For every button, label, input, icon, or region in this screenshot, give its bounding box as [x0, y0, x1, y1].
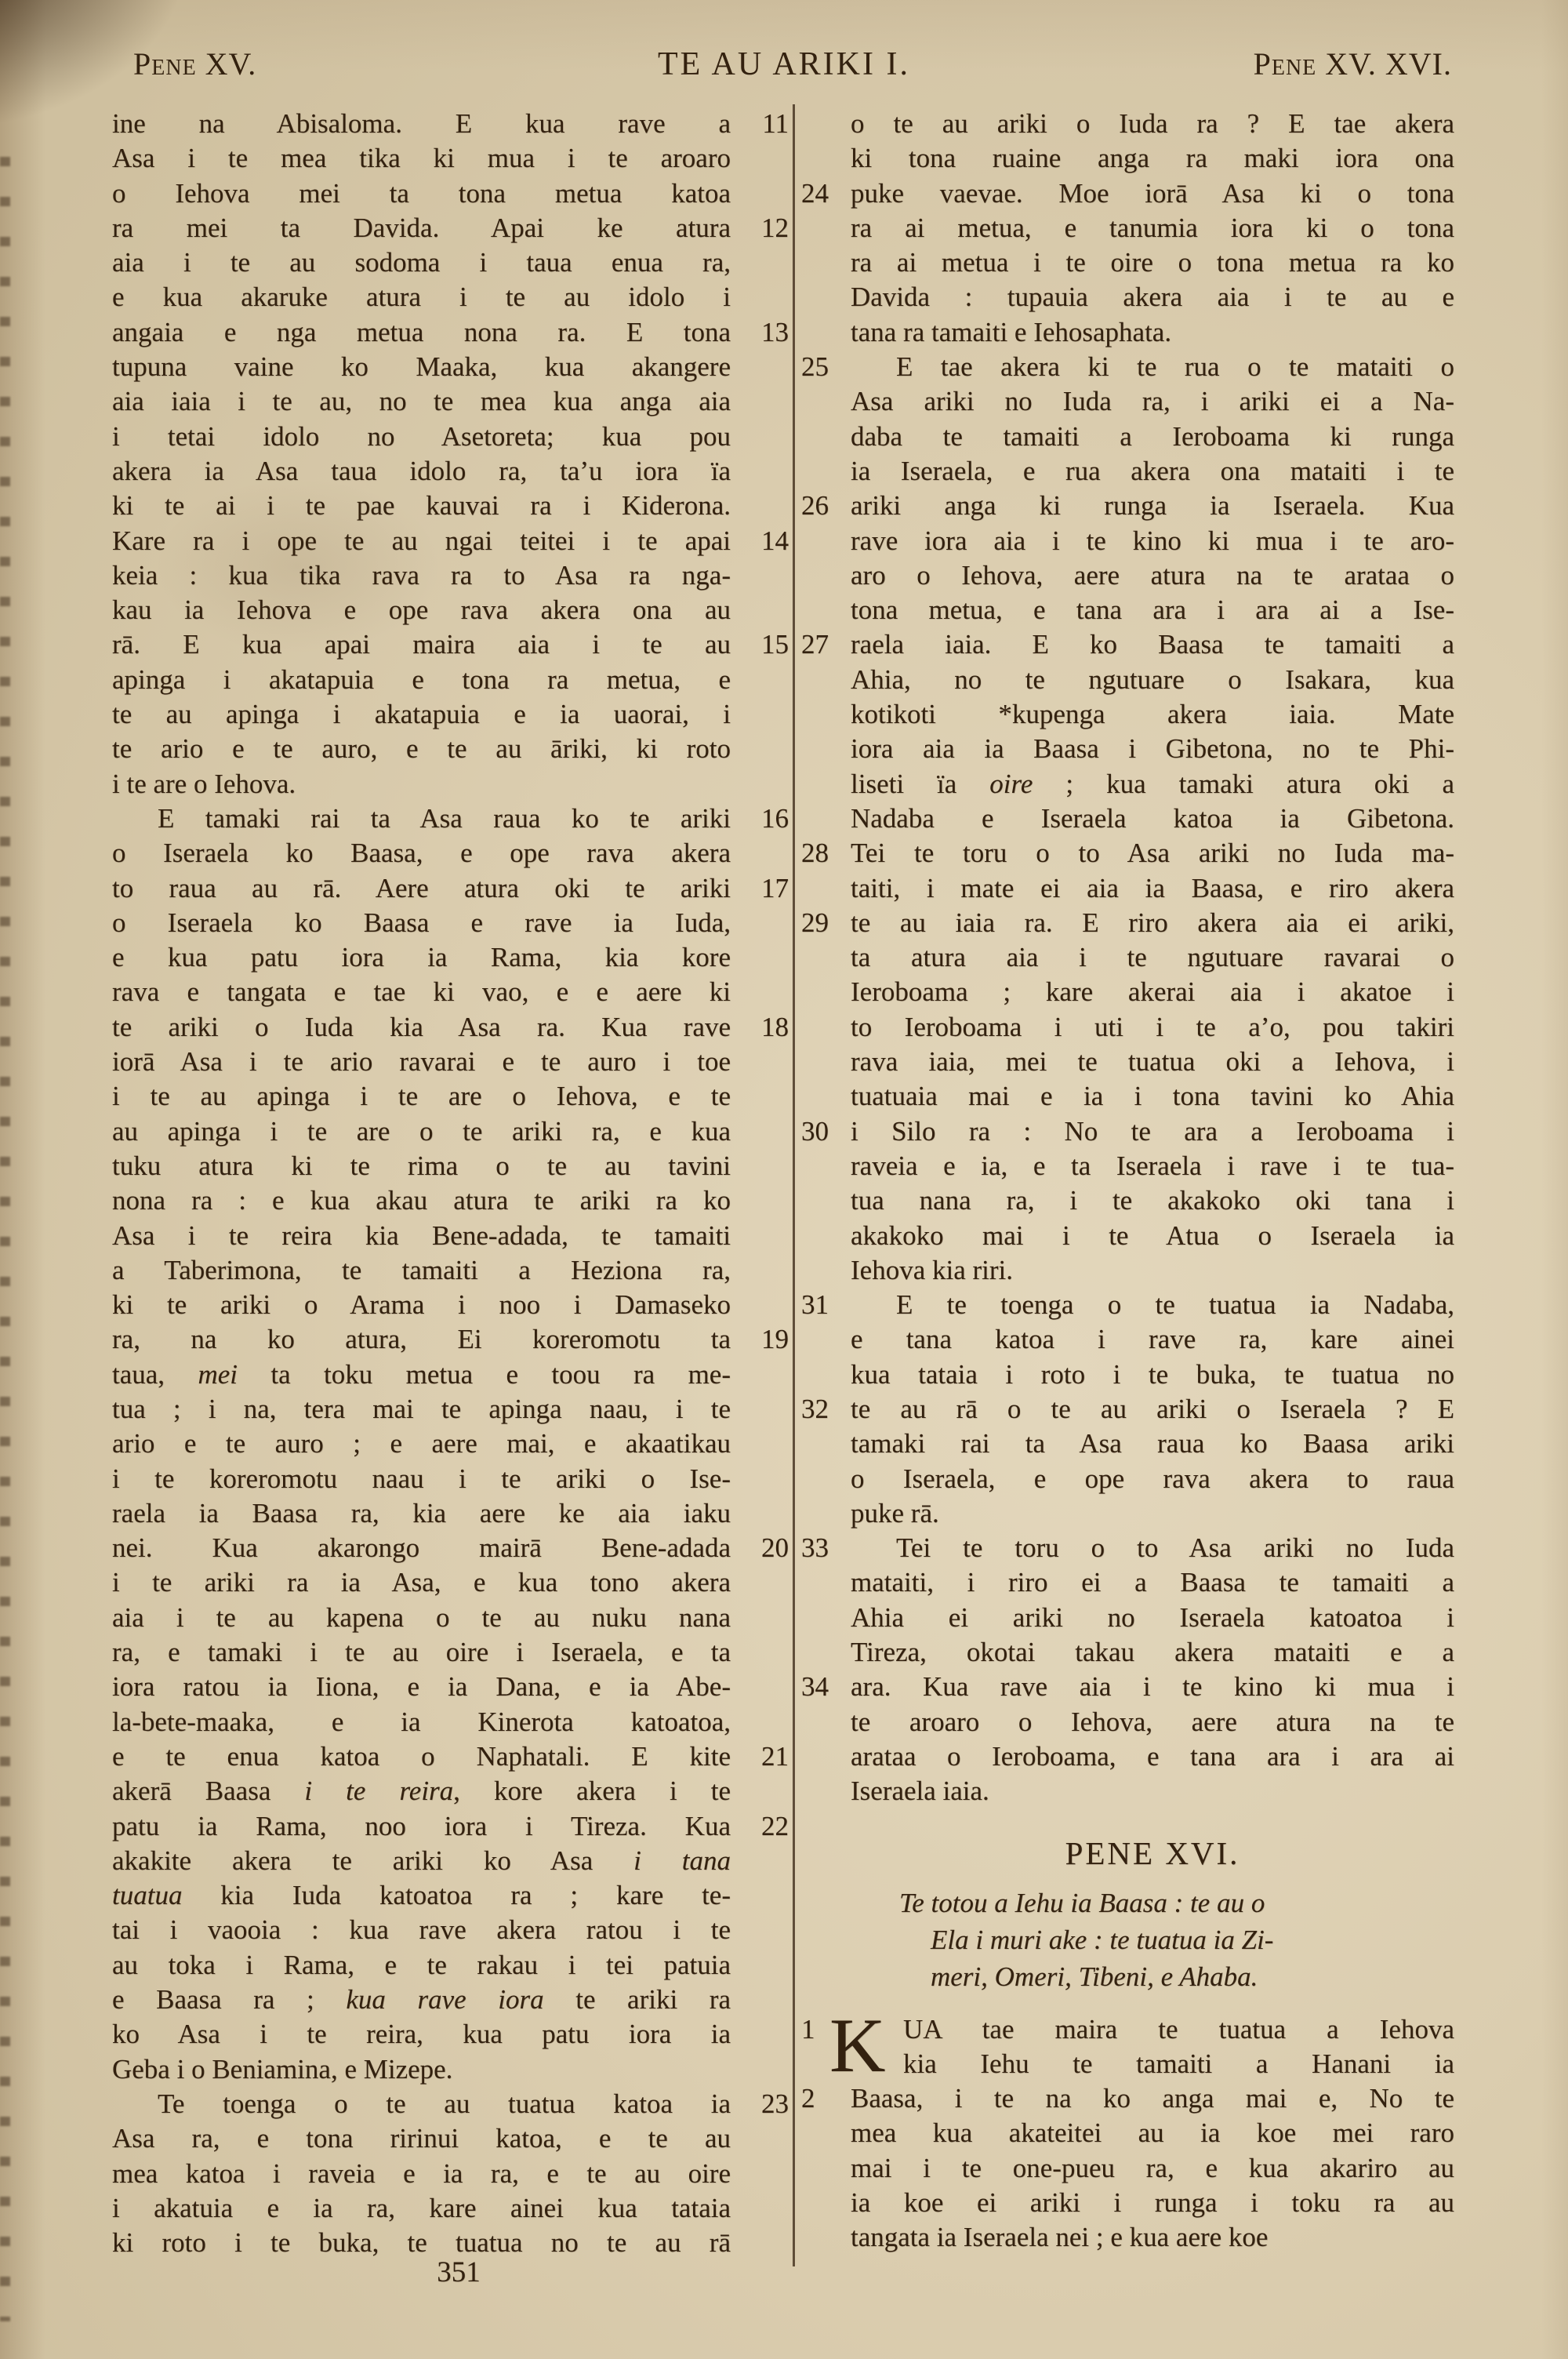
- text-line: Asa i te mea tika ki mua i te aroaro: [112, 141, 731, 176]
- text-line: e tana katoa i rave ra, kare ainei: [851, 1322, 1454, 1357]
- text-line-content: ine na Abisaloma. E kua rave a: [112, 107, 731, 141]
- text-line: 28Tei te toru o to Asa ariki no Iuda ma-: [851, 836, 1454, 871]
- text-line: Iseraela iaia.: [851, 1774, 1454, 1808]
- text-line: te ario e te auro, e te au āriki, ki rot…: [112, 732, 731, 766]
- text-line: te aroaro o Iehova, aere atura na te: [851, 1705, 1454, 1739]
- text-line: o Iseraela, e ope rava akera to raua: [851, 1462, 1454, 1496]
- text-line: apinga i akatapuia e tona ra metua, e: [112, 663, 731, 697]
- text-line: au toka i Rama, e te rakau i tei patuia: [112, 1948, 731, 1983]
- text-line: tuku atura ki te rima o te au tavini: [112, 1149, 731, 1183]
- text-line: 2Baasa, i te na ko anga mai e, No te: [851, 2081, 1454, 2116]
- text-line-content: aia i te au sodoma i taua enua ra,: [112, 245, 731, 280]
- text-line-content: daba te tamaiti a Ieroboama ki runga: [851, 420, 1454, 454]
- text-line: 24puke vaevae. Moe iorā Asa ki o tona: [851, 176, 1454, 211]
- text-line: puke rā.: [851, 1496, 1454, 1531]
- text-line-content: nona ra : e kua akau atura te ariki ra k…: [112, 1183, 731, 1218]
- text-line-content: ia koe ei ariki i runga i toku ra au: [851, 2186, 1454, 2220]
- text-line: ra, e tamaki i te au oire i Iseraela, e …: [112, 1635, 731, 1670]
- text-line: 21e te enua katoa o Naphatali. E kite: [112, 1739, 731, 1774]
- text-line-content: akakoko mai i te Atua o Iseraela ia: [851, 1219, 1454, 1253]
- text-line: akakite akera te ariki ko Asa i tana: [112, 1844, 731, 1878]
- text-line: nona ra : e kua akau atura te ariki ra k…: [112, 1183, 731, 1218]
- text-line: o Iseraela ko Baasa e rave ia Iuda,: [112, 906, 731, 940]
- verse-number: 17: [737, 871, 789, 906]
- text-line-content: Te toenga o te au tuatua katoa ia: [112, 2087, 731, 2121]
- text-line-content: Geba i o Beniamina, e Mizepe.: [112, 2052, 731, 2087]
- text-line-content: UA tae maira te tuatua a Iehova: [851, 2012, 1454, 2047]
- text-line: 17to raua au rā. Aere atura oki te ariki: [112, 871, 731, 906]
- text-line-content: akera ia Asa taua idolo ra, ta’u iora ïa: [112, 454, 731, 489]
- verse-number: 34: [801, 1670, 847, 1704]
- verse-number: 16: [737, 801, 789, 836]
- text-line-content: ra ai metua, e tanumia iora ki o tona: [851, 211, 1454, 245]
- text-line-content: Ahia ei ariki no Iseraela katoatoa i: [851, 1601, 1454, 1635]
- text-line: aia i te au kapena o te au nuku nana: [112, 1601, 731, 1635]
- text-line: tangata ia Iseraela nei ; e kua aere koe: [851, 2220, 1454, 2255]
- text-line: e Baasa ra ; kua rave iora te ariki ra: [112, 1983, 731, 2017]
- text-line-content: te ario e te auro, e te au āriki, ki rot…: [112, 732, 731, 766]
- text-line: mai i te one-pueu ra, e kua akariro au: [851, 2151, 1454, 2186]
- text-line: a Taberimona, te tamaiti a Heziona ra,: [112, 1253, 731, 1288]
- text-line-content: ki te ariki o Arama i noo i Damaseko: [112, 1288, 731, 1322]
- text-line: 33Tei te toru o to Asa ariki no Iuda: [851, 1531, 1454, 1565]
- text-line: Ieroboama ; kare akerai aia i akatoe i: [851, 975, 1454, 1009]
- text-line: to Ieroboama i uti i te a’o, pou takiri: [851, 1010, 1454, 1045]
- verse-number: 29: [801, 906, 847, 940]
- text-line-content: o Iseraela ko Baasa, e ope rava akera: [112, 836, 731, 871]
- text-line: 29te au iaia ra. E riro akera aia ei ari…: [851, 906, 1454, 940]
- text-line: ra ai metua i te oire o tona metua ra ko: [851, 245, 1454, 280]
- text-line-content: tangata ia Iseraela nei ; e kua aere koe: [851, 2220, 1454, 2255]
- text-line-content: tana ra tamaiti e Iehosaphata.: [851, 315, 1454, 350]
- chapter-summary-line: meri, Omeri, Tibeni, e Ahaba.: [851, 1958, 1454, 1995]
- text-line-content: Asa i te reira kia Bene-adada, te tamait…: [112, 1219, 731, 1253]
- text-line-content: mea kua akateitei au ia koe mei raro: [851, 2116, 1454, 2150]
- text-line: raela ia Baasa ra, kia aere ke aia iaku: [112, 1496, 731, 1531]
- text-line-content: te au apinga i akatapuia e ia uaorai, i: [112, 697, 731, 732]
- text-line-content: mea katoa i raveia e ia ra, e te au oire: [112, 2157, 731, 2191]
- text-line-content: o Iehova mei ta tona metua katoa: [112, 176, 731, 211]
- text-line: e kua akaruke atura i te au idolo i: [112, 280, 731, 314]
- text-line-content: o Iseraela ko Baasa e rave ia Iuda,: [112, 906, 731, 940]
- verse-number: 13: [737, 315, 789, 350]
- verse-number: 31: [801, 1288, 847, 1322]
- text-line-content: iora ratou ia Iiona, e ia Dana, e ia Abe…: [112, 1670, 731, 1704]
- text-line-content: au toka i Rama, e te rakau i tei patuia: [112, 1948, 731, 1983]
- text-line-content: i te koreromotu naau i te ariki o Ise-: [112, 1462, 731, 1496]
- text-line-content: nei. Kua akarongo mairā Bene-adada: [112, 1531, 731, 1565]
- text-line: 25E tae akera ki te rua o te mataiti o: [851, 350, 1454, 384]
- text-line-content: i te ariki ra ia Asa, e kua tono akera: [112, 1565, 731, 1600]
- text-line: tana ra tamaiti e Iehosaphata.: [851, 315, 1454, 350]
- text-line-content: taua, mei ta toku metua e toou ra me-: [112, 1358, 731, 1392]
- text-line-content: ko Asa i te reira, kua patu iora ia: [112, 2017, 731, 2052]
- text-line-content: liseti ïa oire ; kua tamaki atura oki a: [851, 767, 1454, 801]
- text-line-content: kua tataia i roto i te buka, te tuatua n…: [851, 1358, 1454, 1392]
- verse-number: 20: [737, 1531, 789, 1565]
- right-text-column: o te au ariki o Iuda ra ? E tae akeraki …: [851, 107, 1454, 2255]
- text-line: Iehova kia riri.: [851, 1253, 1454, 1288]
- text-line-content: i tetai idolo no Asetoreta; kua pou: [112, 420, 731, 454]
- book-page: Pene XV. TE AU ARIKI I. Pene XV. XVI. 11…: [0, 0, 1568, 2359]
- text-line-content: Ela i muri ake : te tuatua ia Zi-: [851, 1921, 1454, 1958]
- text-line: Asa i te reira kia Bene-adada, te tamait…: [112, 1219, 731, 1253]
- verse-number: 14: [737, 524, 789, 558]
- text-line: au apinga i te are o te ariki ra, e kua: [112, 1114, 731, 1149]
- text-line: aro o Iehova, aere atura na te arataa o: [851, 558, 1454, 593]
- text-line: mataiti, i riro ei a Baasa te tamaiti a: [851, 1565, 1454, 1600]
- text-line-content: ki tona ruaine anga ra maki iora ona: [851, 141, 1454, 176]
- text-line-content: aia i te au kapena o te au nuku nana: [112, 1601, 731, 1635]
- text-line: kia Iehu te tamaiti a Hanani ia: [851, 2047, 1454, 2081]
- text-line: ki te ariki o Arama i noo i Damaseko: [112, 1288, 731, 1322]
- text-line-content: patu ia Rama, noo iora i Tireza. Kua: [112, 1809, 731, 1844]
- verse-number: 30: [801, 1114, 847, 1149]
- text-line-content: E tae akera ki te rua o te mataiti o: [851, 350, 1454, 384]
- text-line: mea katoa i raveia e ia ra, e te au oire: [112, 2157, 731, 2191]
- verse-number: 12: [737, 211, 789, 245]
- text-line-content: e tana katoa i rave ra, kare ainei: [851, 1322, 1454, 1357]
- text-line-content: au apinga i te are o te ariki ra, e kua: [112, 1114, 731, 1149]
- text-line-content: tuku atura ki te rima o te au tavini: [112, 1149, 731, 1183]
- text-line: liseti ïa oire ; kua tamaki atura oki a: [851, 767, 1454, 801]
- text-line-content: iorā Asa i te ario ravarai e te auro i t…: [112, 1045, 731, 1079]
- text-line: i akatuia e ia ra, kare ainei kua tataia: [112, 2191, 731, 2226]
- text-line: iora aia ia Baasa i Gibetona, no te Phi-: [851, 732, 1454, 766]
- text-line-content: angaia e nga metua nona ra. E tona: [112, 315, 731, 350]
- text-line-content: to raua au rā. Aere atura oki te ariki: [112, 871, 731, 906]
- text-line: taiti, i mate ei aia ia Baasa, e riro ak…: [851, 871, 1454, 906]
- text-line: Asa ariki no Iuda ra, i ariki ei a Na-: [851, 384, 1454, 419]
- text-line-content: te au iaia ra. E riro akera aia ei ariki…: [851, 906, 1454, 940]
- gutter-print-marks: [0, 157, 10, 2321]
- text-line-content: tai i vaooia : kua rave akera ratou i te: [112, 1913, 731, 1947]
- text-line: 16E tamaki rai ta Asa raua ko te ariki: [112, 801, 731, 836]
- verse-number: 18: [737, 1010, 789, 1045]
- verse-number: 21: [737, 1739, 789, 1774]
- text-line: 11ine na Abisaloma. E kua rave a: [112, 107, 731, 141]
- text-line: Geba i o Beniamina, e Mizepe.: [112, 2052, 731, 2087]
- verse-number: 24: [801, 176, 847, 211]
- text-line: 27raela iaia. E ko Baasa te tamaiti a: [851, 627, 1454, 662]
- text-line: raveia e ia, e ta Iseraela i rave i te t…: [851, 1149, 1454, 1183]
- text-line-content: rava iaia, mei te tuatua oki a Iehova, i: [851, 1045, 1454, 1079]
- text-line: o Iehova mei ta tona metua katoa: [112, 176, 731, 211]
- text-line-content: puke vaevae. Moe iorā Asa ki o tona: [851, 176, 1454, 211]
- text-line: Tireza, okotai takau akera mataiti e a: [851, 1635, 1454, 1670]
- text-line: 13angaia e nga metua nona ra. E tona: [112, 315, 731, 350]
- left-text-column: 11ine na Abisaloma. E kua rave aAsa i te…: [112, 107, 731, 2260]
- text-line-content: Asa ra, e tona ririnui katoa, e te au: [112, 2121, 731, 2156]
- text-line: Nadaba e Iseraela katoa ia Gibetona.: [851, 801, 1454, 836]
- text-line: tua nana ra, i te akakoko oki tana i: [851, 1183, 1454, 1218]
- text-line-content: akerā Baasa i te reira, kore akera i te: [112, 1774, 731, 1808]
- text-line-content: raela ia Baasa ra, kia aere ke aia iaku: [112, 1496, 731, 1531]
- running-head: Pene XV. TE AU ARIKI I. Pene XV. XVI.: [0, 45, 1568, 85]
- verse-number: 32: [801, 1392, 847, 1427]
- text-line-content: Tei te toru o to Asa ariki no Iuda ma-: [851, 836, 1454, 871]
- text-line-content: Te totou a Iehu ia Baasa : te au o: [851, 1885, 1454, 1921]
- chapter-summary-line: Te totou a Iehu ia Baasa : te au o: [851, 1885, 1454, 1921]
- text-line-content: i te au apinga i te are o Iehova, e te: [112, 1079, 731, 1114]
- text-line-content: i Silo ra : No te ara a Ieroboama i: [851, 1114, 1454, 1149]
- text-line: tona metua, e tana ara i ara ai a Ise-: [851, 593, 1454, 627]
- text-line-content: rava e tangata e tae ki vao, e e aere ki: [112, 975, 731, 1009]
- text-line-content: ra mei ta Davida. Apai ke atura: [112, 211, 731, 245]
- text-line: tua ; i na, tera mai te apinga naau, i t…: [112, 1392, 731, 1427]
- verse-number: 19: [737, 1322, 789, 1357]
- text-line-content: e kua patu iora ia Rama, kia kore: [112, 940, 731, 975]
- text-line-content: ariki anga ki runga ia Iseraela. Kua: [851, 489, 1454, 523]
- text-line-content: te au rā o te au ariki o Iseraela ? E: [851, 1392, 1454, 1427]
- text-line-content: Asa i te mea tika ki mua i te aroaro: [112, 141, 731, 176]
- text-line: tai i vaooia : kua rave akera ratou i te: [112, 1913, 731, 1947]
- text-line: i te are o Iehova.: [112, 767, 731, 801]
- text-line: kau ia Iehova e ope rava akera ona au: [112, 593, 731, 627]
- text-line-content: ki te ai i te pae kauvai ra i Kiderona.: [112, 489, 731, 523]
- text-line-content: la-bete-maaka, e ia Kinerota katoatoa,: [112, 1705, 731, 1739]
- text-line-content: apinga i akatapuia e tona ra metua, e: [112, 663, 731, 697]
- text-line-content: keia : kua tika rava ra to Asa ra nga-: [112, 558, 731, 593]
- text-line-content: ra, e tamaki i te au oire i Iseraela, e …: [112, 1635, 731, 1670]
- text-line: la-bete-maaka, e ia Kinerota katoatoa,: [112, 1705, 731, 1739]
- text-line: tuatua kia Iuda katoatoa ra ; kare te-: [112, 1878, 731, 1913]
- text-line-content: tuatua kia Iuda katoatoa ra ; kare te-: [112, 1878, 731, 1913]
- text-line: te au apinga i akatapuia e ia uaorai, i: [112, 697, 731, 732]
- text-line-content: aro o Iehova, aere atura na te arataa o: [851, 558, 1454, 593]
- text-line: ia Iseraela, e rua akera ona mataiti i t…: [851, 454, 1454, 489]
- vertical-gap: [851, 1995, 1454, 2012]
- verse-number: 33: [801, 1531, 847, 1565]
- text-line-content: e te enua katoa o Naphatali. E kite: [112, 1739, 731, 1774]
- text-line: ko Asa i te reira, kua patu iora ia: [112, 2017, 731, 2052]
- text-line: 15rā. E kua apai maira aia i te au: [112, 627, 731, 662]
- text-line-content: tua nana ra, i te akakoko oki tana i: [851, 1183, 1454, 1218]
- text-line-content: taiti, i mate ei aia ia Baasa, e riro ak…: [851, 871, 1454, 906]
- text-line: akakoko mai i te Atua o Iseraela ia: [851, 1219, 1454, 1253]
- text-line-content: o Iseraela, e ope rava akera to raua: [851, 1462, 1454, 1496]
- text-line: 12ra mei ta Davida. Apai ke atura: [112, 211, 731, 245]
- text-line: ia koe ei ariki i runga i toku ra au: [851, 2186, 1454, 2220]
- text-line-content: Ieroboama ; kare akerai aia i akatoe i: [851, 975, 1454, 1009]
- text-line: mea kua akateitei au ia koe mei raro: [851, 2116, 1454, 2150]
- text-line-content: Tireza, okotai takau akera mataiti e a: [851, 1635, 1454, 1670]
- text-line-content: puke rā.: [851, 1496, 1454, 1531]
- text-line-content: tupuna vaine ko Maaka, kua akangere: [112, 350, 731, 384]
- text-line: keia : kua tika rava ra to Asa ra nga-: [112, 558, 731, 593]
- running-head-right: Pene XV. XVI.: [1254, 45, 1452, 82]
- text-line: Ahia, no te ngutuare o Isakara, kua: [851, 663, 1454, 697]
- text-line: tuatuaia mai e ia i tona tavini ko Ahia: [851, 1079, 1454, 1114]
- text-line-content: Kare ra i ope te au ngai teitei i te apa…: [112, 524, 731, 558]
- text-line: i te au apinga i te are o Iehova, e te: [112, 1079, 731, 1114]
- text-line-content: Davida : tupauia akera aia i te au e: [851, 280, 1454, 314]
- text-line-content: e kua akaruke atura i te au idolo i: [112, 280, 731, 314]
- text-line: daba te tamaiti a Ieroboama ki runga: [851, 420, 1454, 454]
- text-line-content: tua ; i na, tera mai te apinga naau, i t…: [112, 1392, 731, 1427]
- text-line-content: Baasa, i te na ko anga mai e, No te: [851, 2081, 1454, 2116]
- text-line: 26ariki anga ki runga ia Iseraela. Kua: [851, 489, 1454, 523]
- text-line-content: Tei te toru o to Asa ariki no Iuda: [851, 1531, 1454, 1565]
- text-line: iorā Asa i te ario ravarai e te auro i t…: [112, 1045, 731, 1079]
- text-line: taua, mei ta toku metua e toou ra me-: [112, 1358, 731, 1392]
- verse-number: 28: [801, 836, 847, 871]
- text-line: rave iora aia i te kino ki mua i te aro-: [851, 524, 1454, 558]
- text-line: i te koreromotu naau i te ariki o Ise-: [112, 1462, 731, 1496]
- text-line: tamaki rai ta Asa raua ko Baasa ariki: [851, 1427, 1454, 1461]
- text-line: ario e te auro ; e aere mai, e akaatikau: [112, 1427, 731, 1461]
- text-line-content: e Baasa ra ; kua rave iora te ariki ra: [112, 1983, 731, 2017]
- text-line-content: i akatuia e ia ra, kare ainei kua tataia: [112, 2191, 731, 2226]
- text-line: i te ariki ra ia Asa, e kua tono akera: [112, 1565, 731, 1600]
- text-line: 32te au rā o te au ariki o Iseraela ? E: [851, 1392, 1454, 1427]
- text-line-content: Iehova kia riri.: [851, 1253, 1454, 1288]
- text-line: aia i te au sodoma i taua enua ra,: [112, 245, 731, 280]
- text-line-content: mataiti, i riro ei a Baasa te tamaiti a: [851, 1565, 1454, 1600]
- text-line-content: rā. E kua apai maira aia i te au: [112, 627, 731, 662]
- text-line: kotikoti *kupenga akera iaia. Mate: [851, 697, 1454, 732]
- text-line-content: to Ieroboama i uti i te a’o, pou takiri: [851, 1010, 1454, 1045]
- column-divider-rule: [793, 104, 795, 2266]
- text-line: rava iaia, mei te tuatua oki a Iehova, i: [851, 1045, 1454, 1079]
- text-line-content: iora aia ia Baasa i Gibetona, no te Phi-: [851, 732, 1454, 766]
- text-line: Davida : tupauia akera aia i te au e: [851, 280, 1454, 314]
- text-line: Asa ra, e tona ririnui katoa, e te au: [112, 2121, 731, 2156]
- text-line: i tetai idolo no Asetoreta; kua pou: [112, 420, 731, 454]
- chapter-summary-line: Ela i muri ake : te tuatua ia Zi-: [851, 1921, 1454, 1958]
- text-line-content: kotikoti *kupenga akera iaia. Mate: [851, 697, 1454, 732]
- text-line-content: o te au ariki o Iuda ra ? E tae akera: [851, 107, 1454, 141]
- text-line-content: kau ia Iehova e ope rava akera ona au: [112, 593, 731, 627]
- verse-number: 15: [737, 627, 789, 662]
- text-line: 18te ariki o Iuda kia Asa ra. Kua rave: [112, 1010, 731, 1045]
- text-line-content: tuatuaia mai e ia i tona tavini ko Ahia: [851, 1079, 1454, 1114]
- text-line: arataa o Ieroboama, e tana ara i ara ai: [851, 1739, 1454, 1774]
- text-line-content: akakite akera te ariki ko Asa i tana: [112, 1844, 731, 1878]
- text-line: kua tataia i roto i te buka, te tuatua n…: [851, 1358, 1454, 1392]
- chapter-heading: PENE XVI.: [851, 1809, 1454, 1885]
- text-line: ra ai metua, e tanumia iora ki o tona: [851, 211, 1454, 245]
- text-line-content: mai i te one-pueu ra, e kua akariro au: [851, 2151, 1454, 2186]
- text-line-content: kia Iehu te tamaiti a Hanani ia: [851, 2047, 1454, 2081]
- text-line: o Iseraela ko Baasa, e ope rava akera: [112, 836, 731, 871]
- text-line: 23Te toenga o te au tuatua katoa ia: [112, 2087, 731, 2121]
- text-line-content: tamaki rai ta Asa raua ko Baasa ariki: [851, 1427, 1454, 1461]
- text-line-content: te aroaro o Iehova, aere atura na te: [851, 1705, 1454, 1739]
- text-line-content: ara. Kua rave aia i te kino ki mua i: [851, 1670, 1454, 1704]
- text-line: 34ara. Kua rave aia i te kino ki mua i: [851, 1670, 1454, 1704]
- text-line-content: te ariki o Iuda kia Asa ra. Kua rave: [112, 1010, 731, 1045]
- text-line: o te au ariki o Iuda ra ? E tae akera: [851, 107, 1454, 141]
- text-line-content: raela iaia. E ko Baasa te tamaiti a: [851, 627, 1454, 662]
- text-line-content: ario e te auro ; e aere mai, e akaatikau: [112, 1427, 731, 1461]
- text-line: ki tona ruaine anga ra maki iora ona: [851, 141, 1454, 176]
- text-line: 22patu ia Rama, noo iora i Tireza. Kua: [112, 1809, 731, 1844]
- verse-number: 2: [801, 2081, 847, 2116]
- text-line: 30i Silo ra : No te ara a Ieroboama i: [851, 1114, 1454, 1149]
- text-line: ta atura aia i te ngutuare ravarai o: [851, 940, 1454, 975]
- verse-number: 11: [737, 107, 789, 141]
- text-line: aia iaia i te au, no te mea kua anga aia: [112, 384, 731, 419]
- text-line-content: Ahia, no te ngutuare o Isakara, kua: [851, 663, 1454, 697]
- text-line-content: ia Iseraela, e rua akera ona mataiti i t…: [851, 454, 1454, 489]
- text-line: rava e tangata e tae ki vao, e e aere ki: [112, 975, 731, 1009]
- verse-number: 26: [801, 489, 847, 523]
- text-line-content: Asa ariki no Iuda ra, i ariki ei a Na-: [851, 384, 1454, 419]
- verse-number: 23: [737, 2087, 789, 2121]
- text-line-content: aia iaia i te au, no te mea kua anga aia: [112, 384, 731, 419]
- text-line: iora ratou ia Iiona, e ia Dana, e ia Abe…: [112, 1670, 731, 1704]
- text-line-content: ta atura aia i te ngutuare ravarai o: [851, 940, 1454, 975]
- text-line: 20nei. Kua akarongo mairā Bene-adada: [112, 1531, 731, 1565]
- text-line-content: i te are o Iehova.: [112, 767, 731, 801]
- text-line-content: Iseraela iaia.: [851, 1774, 1454, 1808]
- text-line: ki te ai i te pae kauvai ra i Kiderona.: [112, 489, 731, 523]
- text-line-content: E tamaki rai ta Asa raua ko te ariki: [112, 801, 731, 836]
- text-line: 19ra, na ko atura, Ei koreromotu ta: [112, 1322, 731, 1357]
- text-line: akera ia Asa taua idolo ra, ta’u iora ïa: [112, 454, 731, 489]
- text-line: 31E te toenga o te tuatua ia Nadaba,: [851, 1288, 1454, 1322]
- text-line-content: ra, na ko atura, Ei koreromotu ta: [112, 1322, 731, 1357]
- text-line: 1KUA tae maira te tuatua a Iehova: [851, 2012, 1454, 2047]
- verse-number: 27: [801, 627, 847, 662]
- text-line: e kua patu iora ia Rama, kia kore: [112, 940, 731, 975]
- verse-number: 25: [801, 350, 847, 384]
- text-line: Ahia ei ariki no Iseraela katoatoa i: [851, 1601, 1454, 1635]
- verse-number: 22: [737, 1809, 789, 1844]
- text-line: akerā Baasa i te reira, kore akera i te: [112, 1774, 731, 1808]
- text-line-content: arataa o Ieroboama, e tana ara i ara ai: [851, 1739, 1454, 1774]
- text-line-content: tona metua, e tana ara i ara ai a Ise-: [851, 593, 1454, 627]
- page-number: 351: [341, 2255, 576, 2289]
- text-line-content: rave iora aia i te kino ki mua i te aro-: [851, 524, 1454, 558]
- text-line-content: E te toenga o te tuatua ia Nadaba,: [851, 1288, 1454, 1322]
- text-line: tupuna vaine ko Maaka, kua akangere: [112, 350, 731, 384]
- text-line: 14Kare ra i ope te au ngai teitei i te a…: [112, 524, 731, 558]
- text-line-content: meri, Omeri, Tibeni, e Ahaba.: [851, 1958, 1454, 1995]
- text-line-content: ra ai metua i te oire o tona metua ra ko: [851, 245, 1454, 280]
- text-line-content: raveia e ia, e ta Iseraela i rave i te t…: [851, 1149, 1454, 1183]
- text-line-content: Nadaba e Iseraela katoa ia Gibetona.: [851, 801, 1454, 836]
- text-line-content: a Taberimona, te tamaiti a Heziona ra,: [112, 1253, 731, 1288]
